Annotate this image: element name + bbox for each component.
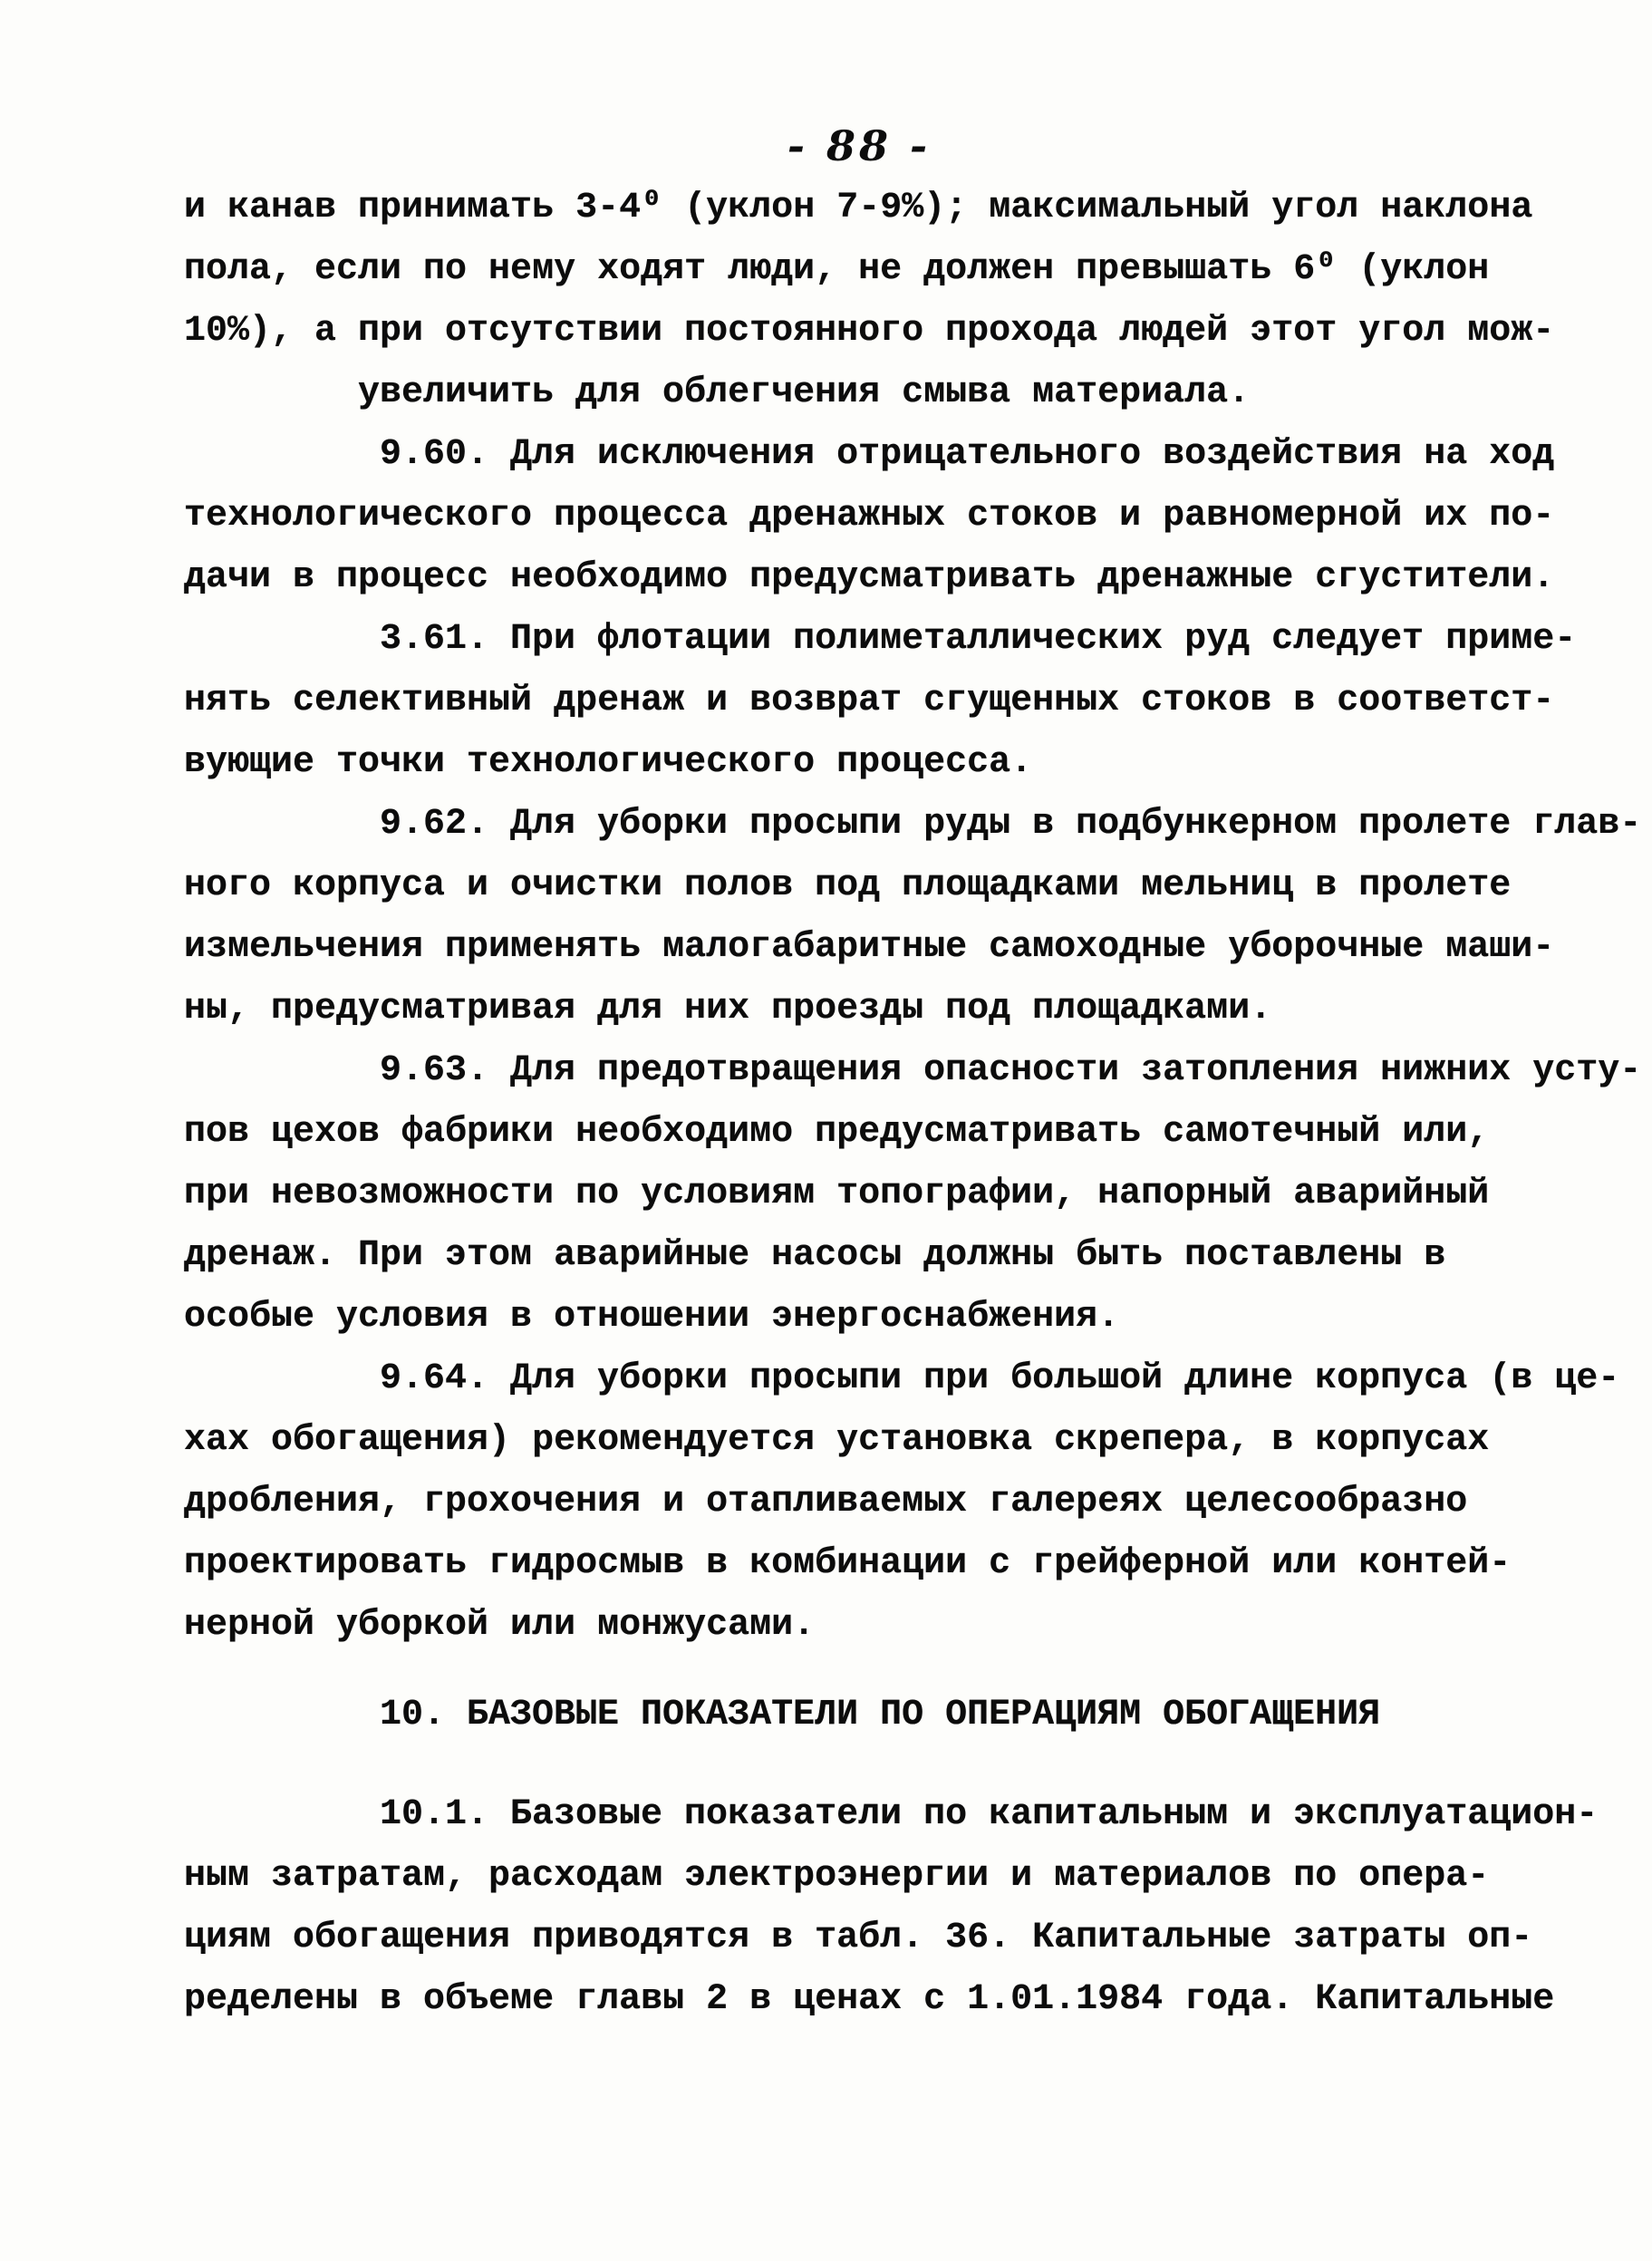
text-line: нерной уборкой или монжусами. xyxy=(184,1595,1625,1657)
text-line: нять селективный дренаж и возврат сгущен… xyxy=(184,671,1625,732)
page-number: - 88 - xyxy=(184,114,1534,178)
text-line: хах обогащения) рекомендуется установка … xyxy=(184,1410,1625,1472)
section-heading-line: 10. БАЗОВЫЕ ПОКАЗАТЕЛИ ПО ОПЕРАЦИЯМ ОБОГ… xyxy=(184,1685,1625,1746)
text-line: ным затратам, расходам электроэнергии и … xyxy=(184,1846,1625,1908)
text-line: 9.60. Для исключения отрицательного возд… xyxy=(184,424,1625,486)
text-line: ны, предусматривая для них проезды под п… xyxy=(184,979,1625,1040)
text-line: 3.61. При флотации полиметаллических руд… xyxy=(184,609,1625,671)
text-line: технологического процесса дренажных сток… xyxy=(184,486,1625,547)
text-line: ределены в объеме главы 2 в ценах с 1.01… xyxy=(184,1969,1625,2031)
text-line: пов цехов фабрики необходимо предусматри… xyxy=(184,1102,1625,1164)
text-line: при невозможности по условиям топографии… xyxy=(184,1164,1625,1225)
text-line: ного корпуса и очистки полов под площадк… xyxy=(184,855,1625,917)
document-body: и канав принимать 3-4⁰ (уклон 7-9%); мак… xyxy=(184,178,1625,2031)
text-line: дачи в процесс необходимо предусматриват… xyxy=(184,547,1625,609)
text-line: увеличить для облегчения смыва материала… xyxy=(184,362,1625,424)
text-line: пола, если по нему ходят люди, не должен… xyxy=(184,239,1625,301)
text-line: 9.62. Для уборки просыпи руды в подбунке… xyxy=(184,794,1625,855)
text-line: измельчения применять малогабаритные сам… xyxy=(184,917,1625,979)
text-line: особые условия в отношении энергоснабжен… xyxy=(184,1287,1625,1348)
text-line: 9.64. Для уборки просыпи при большой дли… xyxy=(184,1348,1625,1410)
document-page: - 88 - и канав принимать 3-4⁰ (уклон 7-9… xyxy=(0,0,1652,2261)
text-line: вующие точки технологического процесса. xyxy=(184,732,1625,794)
text-line: циям обогащения приводятся в табл. 36. К… xyxy=(184,1908,1625,1969)
text-line: дренаж. При этом аварийные насосы должны… xyxy=(184,1225,1625,1287)
text-line: 9.63. Для предотвращения опасности затоп… xyxy=(184,1040,1625,1102)
text-block: - 88 - и канав принимать 3-4⁰ (уклон 7-9… xyxy=(184,114,1625,2031)
text-line: 10.1. Базовые показатели по капитальным … xyxy=(184,1784,1625,1846)
text-line: проектировать гидросмыв в комбинации с г… xyxy=(184,1533,1625,1595)
text-line: дробления, грохочения и отапливаемых гал… xyxy=(184,1472,1625,1533)
text-line: и канав принимать 3-4⁰ (уклон 7-9%); мак… xyxy=(184,178,1625,239)
text-line: 10%), а при отсутствии постоянного прохо… xyxy=(184,301,1625,362)
